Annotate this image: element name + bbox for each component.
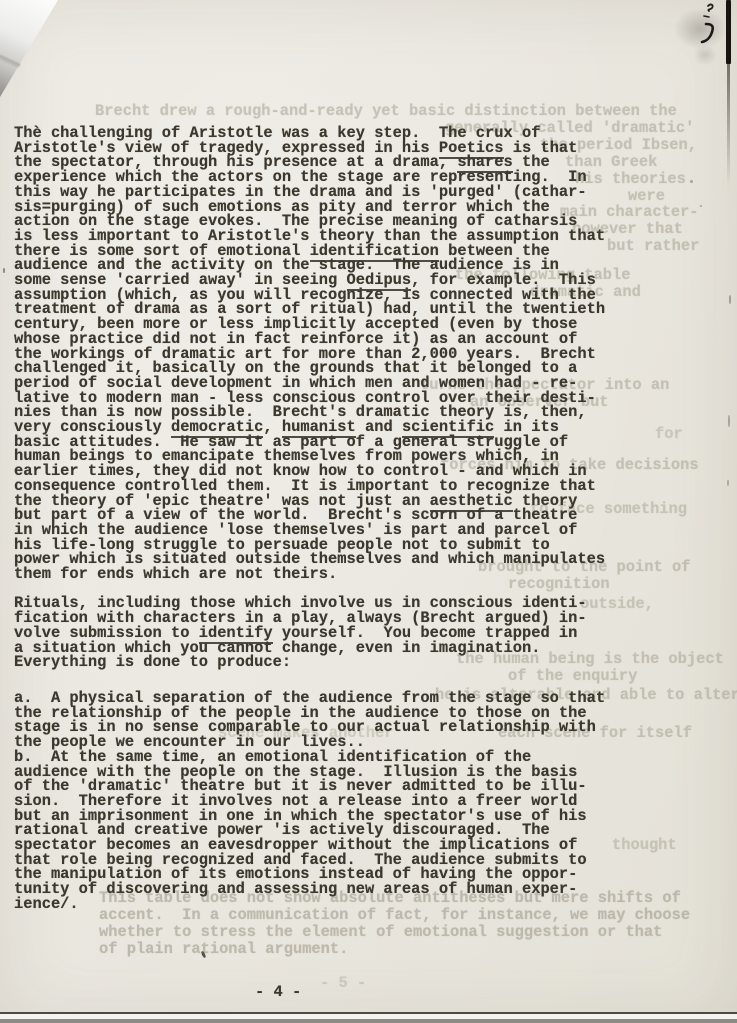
paragraph-rituals: Rituals, including those which involve u… xyxy=(14,596,654,670)
text-line: ience/. xyxy=(14,897,654,912)
scanned-document-page: Brecht drew a rough-and-ready yet basic … xyxy=(0,0,737,1023)
ghost-fragment: whether to stress the element of emotion… xyxy=(99,925,662,940)
text-line: Everything is done to produce: xyxy=(14,655,654,670)
speck xyxy=(729,295,731,304)
ghost-fragment: - 5 - xyxy=(320,976,366,991)
ghost-fragment: for xyxy=(655,427,683,442)
folded-corner-crease xyxy=(0,0,60,99)
scanner-background xyxy=(0,1019,737,1023)
ghost-fragment: Brecht drew a rough-and-ready yet basic … xyxy=(95,104,677,119)
paragraph-aristotle-brecht: Thè challenging of Aristotle was a key … xyxy=(14,126,654,582)
ghost-fragment: of plain rational argument. xyxy=(99,942,348,957)
speck xyxy=(700,205,702,207)
paragraph-item-b: b. At the same time, an emotional identi… xyxy=(14,750,654,912)
page-number: - 4 - xyxy=(255,983,301,1001)
speck xyxy=(728,415,730,427)
speck xyxy=(3,268,5,273)
scan-edge-bar-fade xyxy=(727,62,730,187)
pen-mark xyxy=(684,2,728,58)
speck xyxy=(690,180,693,183)
text-line: tunity of discovering and assessing new … xyxy=(14,882,654,897)
paragraph-item-a: a. A physical separation of the audience… xyxy=(14,691,654,750)
document-body: Thè challenging of Aristotle was a key … xyxy=(14,126,654,912)
text-line: them for ends which are not theirs. xyxy=(14,567,654,582)
speck xyxy=(727,480,729,486)
